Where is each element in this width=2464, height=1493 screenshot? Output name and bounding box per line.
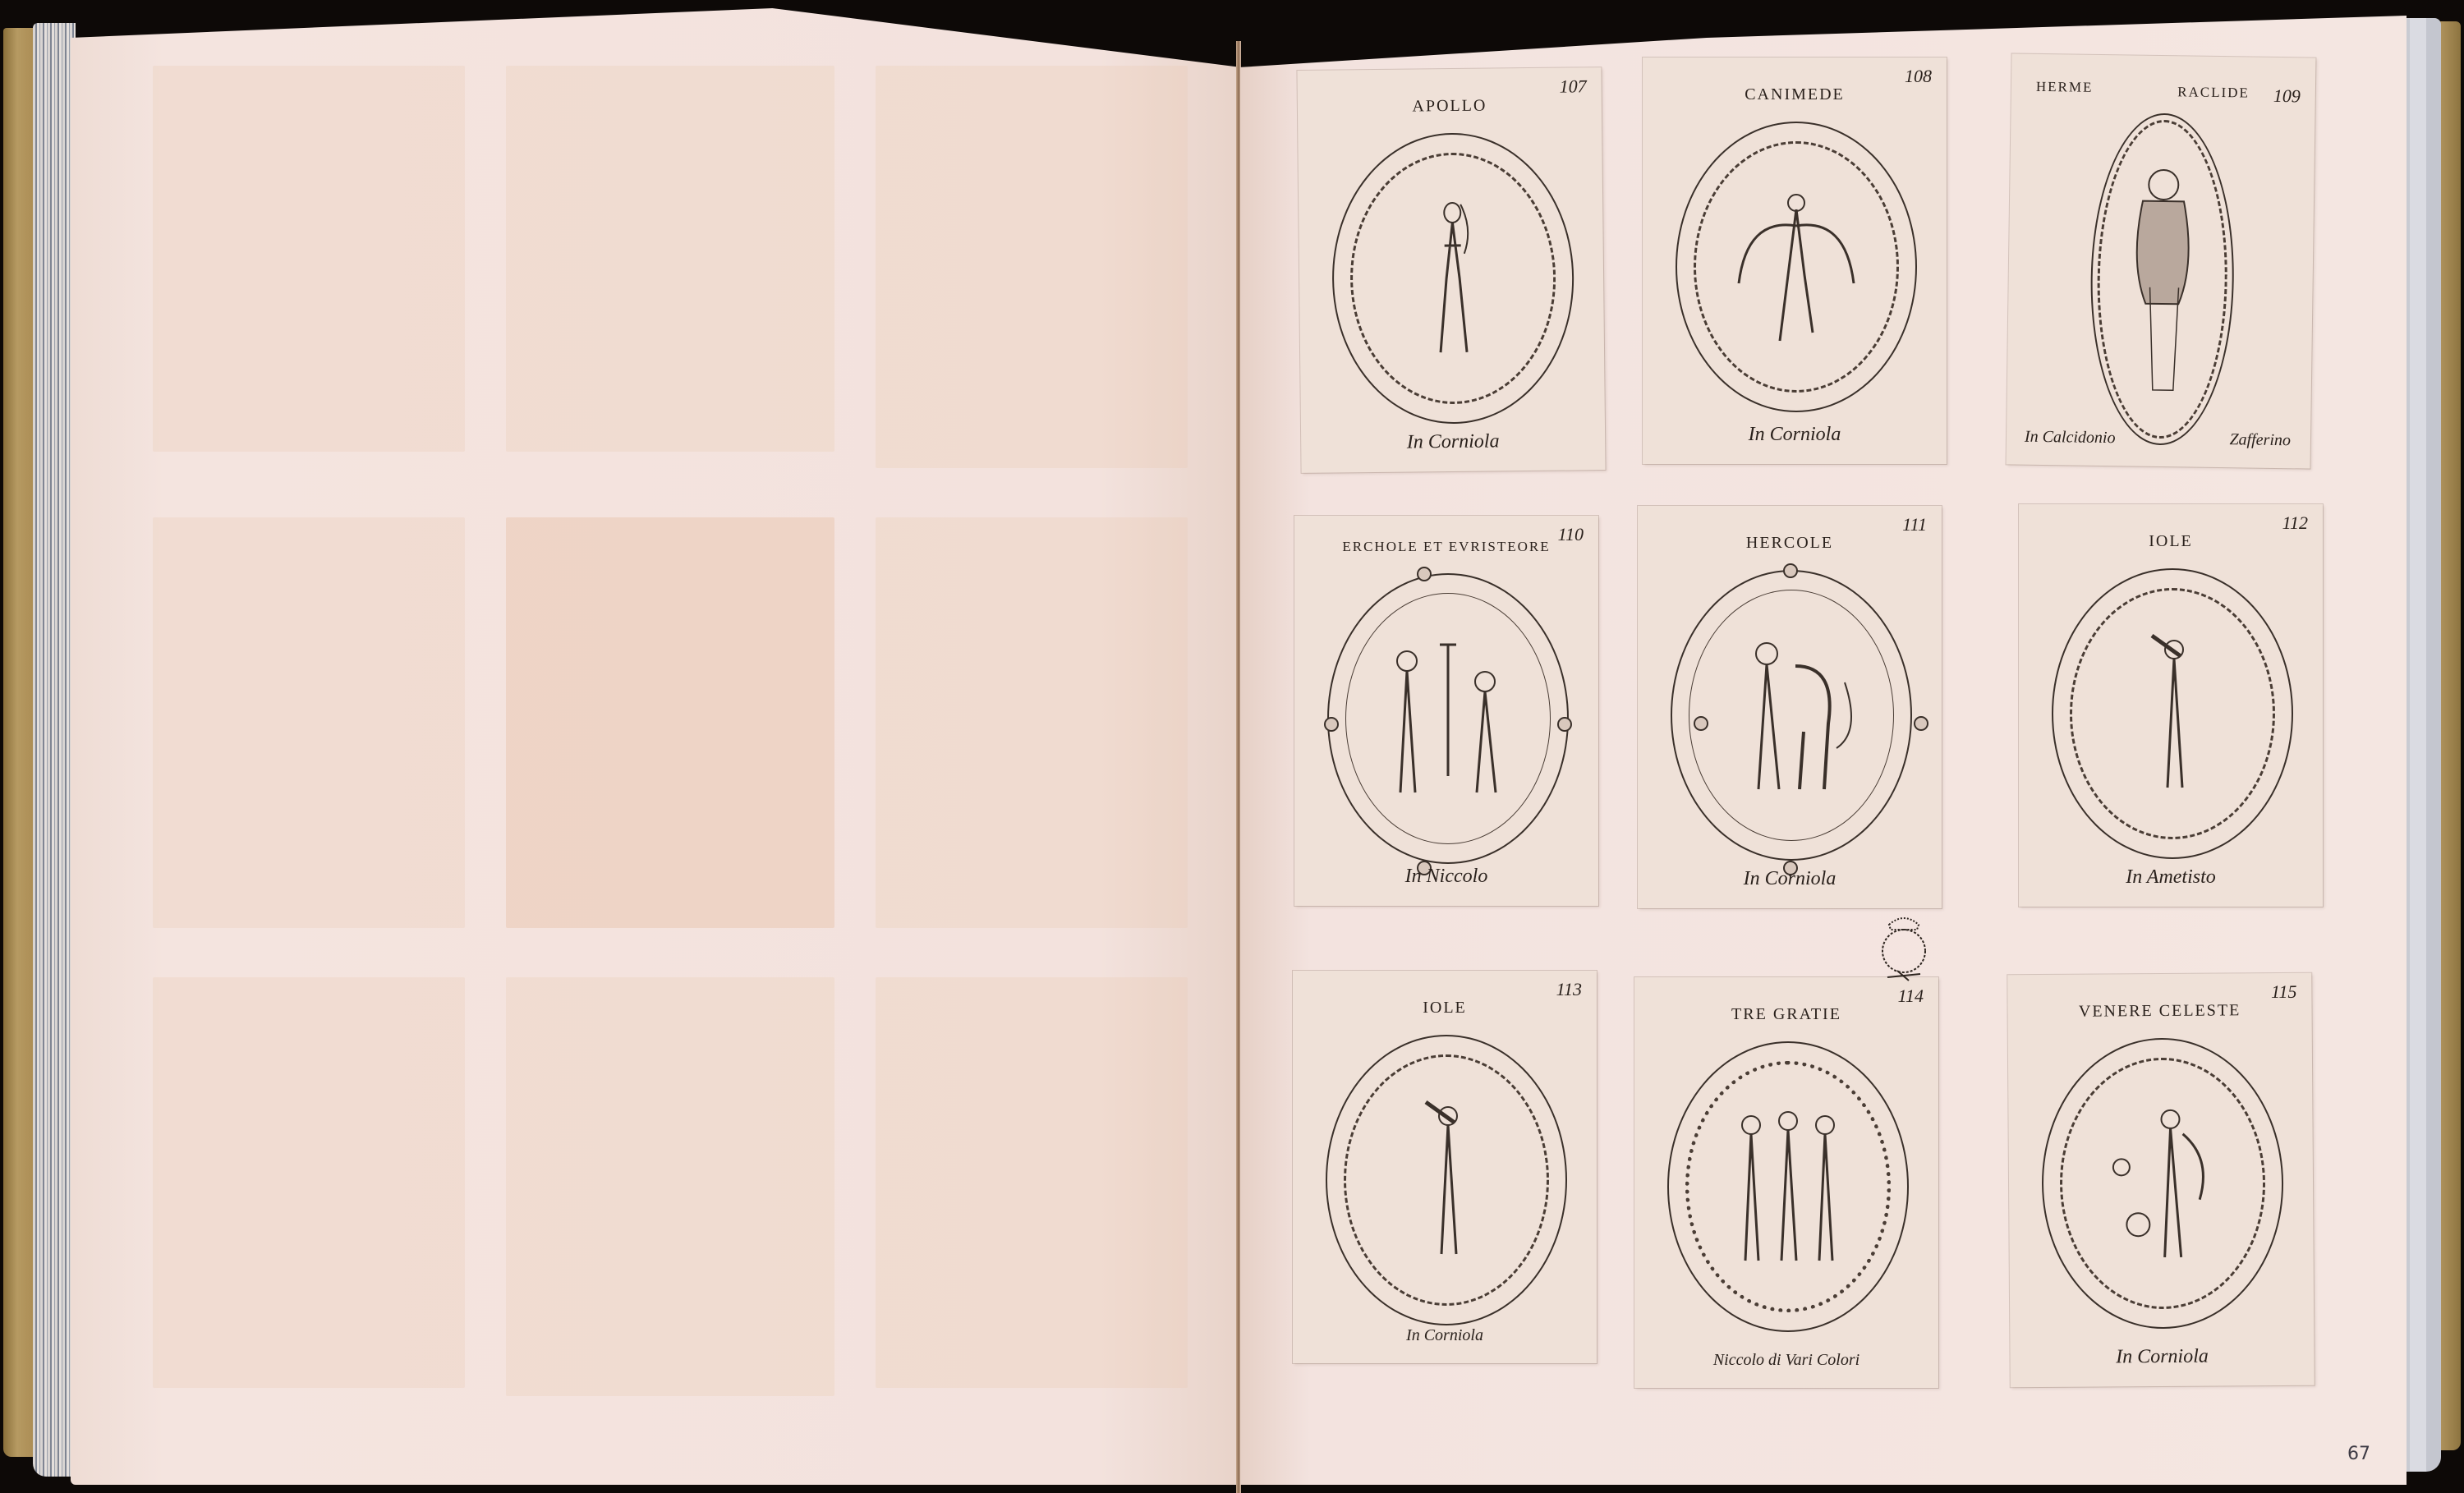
plate-title: VENERE CELESTE: [2007, 1001, 2311, 1022]
library-stamp: [1871, 910, 1937, 984]
plate-number: 115: [2271, 981, 2297, 1003]
plate-title: IOLE: [1293, 999, 1597, 1018]
plate-title: CANIMEDE: [1643, 85, 1947, 104]
plate-caption: In Niccolo: [1294, 866, 1598, 888]
figure-iole-club-icon: [2148, 632, 2197, 796]
plate-108: 108 CANIMEDE In Corniola: [1643, 57, 1947, 464]
gem-oval: [1326, 1035, 1567, 1325]
plate-caption: In Corniola: [1643, 424, 1947, 446]
figure-hercules-eurystheus-icon: [1374, 636, 1522, 801]
figure-venus-cupid-icon: [2104, 1100, 2220, 1266]
gem-oval: [1676, 122, 1917, 412]
figure-apollo-lyre-icon: [1427, 196, 1478, 361]
plate-107: 107 APOLLO In Corniola: [1297, 67, 1605, 473]
show-through-plate: [876, 517, 1188, 928]
stud-ornament: [1783, 563, 1798, 578]
stud-ornament: [1914, 716, 1928, 731]
figure-herm-heracles-icon: [2124, 163, 2201, 394]
show-through-plate: [506, 66, 834, 452]
plate-title: HERCOLE: [1638, 534, 1942, 553]
show-through-plate: [506, 517, 834, 928]
show-through-plate: [153, 66, 465, 452]
figure-iole-club-icon: [1422, 1098, 1471, 1262]
show-through-plate: [153, 517, 465, 928]
plate-caption-left: In Calcidonio: [2025, 428, 2116, 448]
plate-caption: In Corniola: [1301, 430, 1605, 455]
gem-oval: [2052, 568, 2293, 859]
plate-number: 112: [2282, 512, 2308, 534]
plate-title-right: RACLIDE: [2177, 84, 2250, 101]
gem-oval: [1331, 131, 1575, 425]
plate-number: 111: [1902, 514, 1927, 535]
plate-109: 109 HERME RACLIDE In Calcidonio Zafferin…: [2007, 53, 2316, 468]
plate-title: IOLE: [2019, 532, 2323, 551]
figure-three-graces-icon: [1722, 1105, 1854, 1269]
folio-number: 67: [2347, 1444, 2370, 1464]
stud-ornament: [1694, 716, 1708, 731]
plate-111: 111 HERCOLE In Corniola: [1638, 506, 1942, 908]
plate-113: 113 IOLE In Corniola: [1293, 971, 1597, 1363]
plate-title: TRE GRATIE: [1634, 1005, 1938, 1024]
plate-number: 107: [1560, 76, 1587, 97]
plate-title-left: HERME: [2036, 79, 2094, 96]
show-through-plate: [506, 977, 834, 1396]
plate-title: ERCHOLE ET EVRISTEORE: [1294, 539, 1598, 555]
gem-oval: [2041, 1037, 2284, 1330]
plate-caption: In Ametisto: [2019, 866, 2323, 889]
left-page: [71, 8, 1240, 1485]
plate-110: 110 ERCHOLE ET EVRISTEORE In Niccolo: [1294, 516, 1598, 906]
gem-oval: [1327, 573, 1569, 864]
stud-ornament: [1417, 567, 1432, 581]
plate-caption: In Corniola: [1293, 1326, 1597, 1345]
plate-112: 112 IOLE In Ametisto: [2019, 504, 2323, 907]
gem-oval: [2089, 113, 2236, 446]
vellum-cover-right: [2438, 21, 2461, 1450]
plate-caption: In Corniola: [2010, 1345, 2314, 1370]
plate-number: 109: [2273, 85, 2301, 107]
plate-number: 114: [1898, 985, 1924, 1007]
plate-title: APOLLO: [1298, 95, 1602, 117]
plate-number: 108: [1905, 66, 1932, 87]
stud-ornament: [1324, 717, 1339, 732]
plate-caption-right: Zafferino: [2229, 430, 2291, 450]
open-book: 107 APOLLO In Corniola 108 CANIMEDE In C…: [0, 0, 2464, 1493]
plate-caption: In Corniola: [1638, 868, 1942, 890]
gem-oval: [1671, 570, 1912, 861]
stud-ornament: [1557, 717, 1572, 732]
plate-114: 114 TRE GRATIE Niccolo di Vari Colori: [1634, 977, 1938, 1388]
figure-hercules-lion-icon: [1722, 633, 1861, 797]
plate-number: 113: [1556, 979, 1582, 1000]
show-through-plate: [876, 977, 1188, 1388]
plate-115: 115 VENERE CELESTE In Corniola: [2007, 973, 2314, 1388]
gem-oval: [1667, 1041, 1909, 1332]
figure-ganymede-eagle-icon: [1731, 185, 1862, 349]
page-block-edge-left: [33, 23, 76, 1477]
plate-caption: Niccolo di Vari Colori: [1634, 1351, 1938, 1370]
show-through-plate: [153, 977, 465, 1388]
show-through-plate: [876, 66, 1188, 468]
stamp-crown-icon: [1871, 910, 1937, 984]
